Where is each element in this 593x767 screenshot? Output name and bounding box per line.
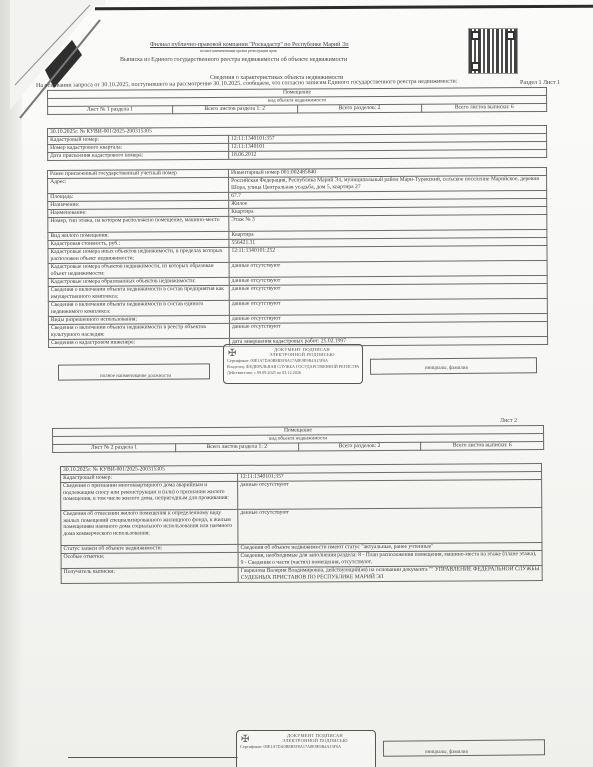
sheet1-data-table: 30.10.2025г. № КУВИ-001/2025-200315305 К…	[47, 125, 547, 161]
recipient: Гаврилова Валерия Владимировна, действую…	[238, 566, 542, 583]
emergency-status: данные отсутствуют	[238, 480, 542, 510]
sheets-total: Всего листов выписки: 6	[421, 441, 544, 450]
sheets-in-section: Всего листов раздела 1: 2	[172, 105, 297, 114]
section-sheet-label: Раздел 1 Лист 1	[520, 80, 560, 86]
table-row: Сведения об отнесении жилого помещения к…	[61, 508, 542, 546]
sections-total: Всего разделов: 2	[298, 442, 421, 451]
table-row: Сведения о признании многоквартирного до…	[61, 480, 542, 511]
name-caption: инициалы, фамилия	[425, 366, 468, 371]
sheet1-characteristics-table: Ранее присвоенный государственный учетны…	[47, 167, 548, 348]
name-caption: инициалы, фамилия	[425, 750, 468, 755]
sheet2-data-table: 30.10.2025г. № КУВИ-001/2025-200315305 К…	[60, 463, 543, 584]
sheet-label: Лист № 1 раздела 1	[48, 106, 173, 115]
sheet2-header-table: Помещение вид объекта недвижимости Лист …	[52, 425, 544, 453]
table-row: Дата присвоения кадастрового номера:18.0…	[48, 149, 547, 160]
sheets-in-section: Всего листов раздела 1: 2	[175, 443, 298, 452]
position-signature-line	[68, 757, 238, 758]
table-row: Получатель выписки:Гаврилова Валерия Вла…	[61, 566, 542, 584]
assignment-date: 18.06.2012	[229, 149, 547, 159]
e-signature-stamp: ✠ ДОКУМЕНТ ПОДПИСАН ЭЛЕКТРОННОЙ ПОДПИСЬЮ…	[236, 730, 376, 767]
specialized-fund: данные отсутствуют	[238, 508, 542, 545]
sections-total: Всего разделов: 2	[297, 104, 422, 113]
coat-of-arms-icon: ✠	[228, 348, 236, 359]
sheet2-number: Лист 2	[500, 418, 517, 424]
sheets-total: Всего листов выписки: 6	[422, 103, 547, 112]
coat-of-arms-icon: ✠	[241, 734, 249, 745]
scanned-document-page: Филиал публично-правовой компании "Роска…	[0, 0, 593, 767]
doc-title: Выписка из Единого государственного реес…	[120, 57, 347, 63]
e-signature-stamp: ✠ ДОКУМЕНТ ПОДПИСАН ЭЛЕКТРОННОЙ ПОДПИСЬЮ…	[223, 344, 363, 384]
org-name: Филиал публично-правовой компании "Роска…	[150, 42, 349, 48]
org-subtitle: полное наименование органа регистрации п…	[200, 49, 277, 53]
position-caption: полное наименование должности	[100, 374, 171, 379]
qr-code-icon	[468, 28, 518, 74]
page-top-edge	[95, 5, 593, 11]
sheet-label: Лист № 2 раздела 1	[53, 444, 176, 453]
sheet1-header-table: Помещение вид объекта недвижимости Лист …	[47, 87, 547, 115]
